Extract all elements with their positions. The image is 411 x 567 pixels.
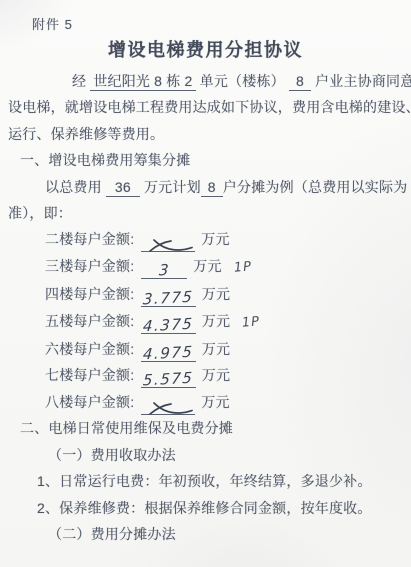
section1-example-line-2: 准），即：: [8, 200, 406, 226]
handwritten-x-mark-icon: [143, 401, 193, 416]
floor-label: 三楼每户金额:: [45, 258, 134, 274]
unit-label: 万元: [202, 313, 230, 329]
intro-line-2: 设电梯，就增设电梯工程费用达成如下协议，费用含电梯的建设、: [8, 94, 406, 120]
floor-label: 四楼每户金额:: [45, 286, 134, 302]
scanned-agreement-document: 附件 5 增设电梯费用分担协议 经 世纪阳光 8 栋 2 单元（楼栋） 8 户业…: [0, 0, 411, 567]
example-mid: 万元计划: [144, 179, 201, 195]
floor-label: 八楼每户金额:: [45, 394, 134, 410]
amount-blank: [141, 397, 195, 415]
intro-prefix: 经: [72, 73, 86, 89]
document-title: 增设电梯费用分担协议: [0, 38, 411, 62]
document-body: 经 世纪阳光 8 栋 2 单元（楼栋） 8 户业主协商同意增 设电梯，就增设电梯…: [0, 68, 411, 547]
intro-line-1: 经 世纪阳光 8 栋 2 单元（楼栋） 8 户业主协商同意增: [8, 68, 406, 94]
floor-row-3f: 三楼每户金额:3万元1P: [45, 253, 406, 281]
amount-blank: 3.775: [141, 289, 195, 307]
handwritten-note: 1P: [233, 254, 253, 282]
unit-label: 万元: [201, 394, 229, 410]
households-filled-blank: 8: [201, 179, 223, 197]
floor-label: 五楼每户金额:: [45, 313, 134, 329]
floor-row-4f: 四楼每户金额:3.775万元: [45, 281, 406, 307]
handwritten-note: 1P: [241, 309, 261, 337]
household-count-filled-blank: 8: [289, 73, 311, 91]
floor-label: 六楼每户金额:: [45, 341, 134, 357]
unit-label: 万元: [202, 341, 230, 357]
section2-heading: 二、电梯日常使用维保及电费分摊: [20, 415, 406, 441]
section1-example-line-1: 以总费用 36 万元计划8户分摊为例（总费用以实际为: [8, 174, 406, 200]
unit-label: 万元: [202, 286, 230, 302]
handwritten-amount: 4.975: [143, 345, 194, 362]
section2-item-1: 1、日常运行电费：年初预收，年终结算，多退少补。: [37, 468, 406, 494]
floor-label: 七楼每户金额:: [45, 367, 134, 383]
floor-row-7f: 七楼每户金额:5.575万元: [45, 362, 406, 388]
amount-blank: 4.975: [141, 344, 195, 362]
floor-row-5f: 五楼每户金额:4.375万元1P: [45, 308, 406, 336]
intro-mid: 单元（楼栋）: [200, 73, 285, 89]
floor-label: 二楼每户金额:: [45, 231, 134, 247]
handwritten-amount: 4.375: [143, 316, 194, 333]
floor-row-2f: 二楼每户金额:万元: [45, 226, 406, 252]
unit-label: 万元: [201, 231, 229, 247]
section2-item-2: 2、保养维修费：根据保养维修合同金额，按年度收。: [37, 495, 406, 521]
amount-blank: [141, 234, 195, 252]
section2-sub1-heading: （一）费用收取办法: [48, 442, 406, 468]
handwritten-x-mark-icon: [143, 238, 193, 253]
example-suffix: 户分摊为例（总费用以实际为: [223, 179, 408, 195]
section2-sub2-heading: （二）费用分摊办法: [48, 521, 406, 547]
amount-blank: 3: [141, 261, 187, 279]
intro-suffix: 户业主协商同意增: [315, 73, 411, 89]
example-prefix: 以总费用: [45, 179, 102, 195]
floor-row-8f: 八楼每户金额:万元: [45, 389, 406, 415]
total-cost-filled-blank: 36: [106, 179, 140, 197]
floor-row-6f: 六楼每户金额:4.975万元: [45, 336, 406, 362]
amount-blank: 5.575: [141, 370, 195, 388]
building-name-filled-blank: 世纪阳光 8 栋 2: [90, 73, 195, 91]
handwritten-amount: 5.575: [143, 371, 194, 388]
handwritten-amount: 3.775: [143, 290, 194, 307]
amount-blank: 4.375: [141, 316, 195, 334]
handwritten-amount: 3: [158, 263, 170, 278]
attachment-label: 附件 5: [32, 14, 411, 33]
intro-line-3: 运行、保养维修等费用。: [8, 121, 406, 147]
unit-label: 万元: [202, 367, 230, 383]
section1-heading: 一、增设电梯费用筹集分摊: [20, 147, 406, 173]
unit-label: 万元: [193, 258, 221, 274]
